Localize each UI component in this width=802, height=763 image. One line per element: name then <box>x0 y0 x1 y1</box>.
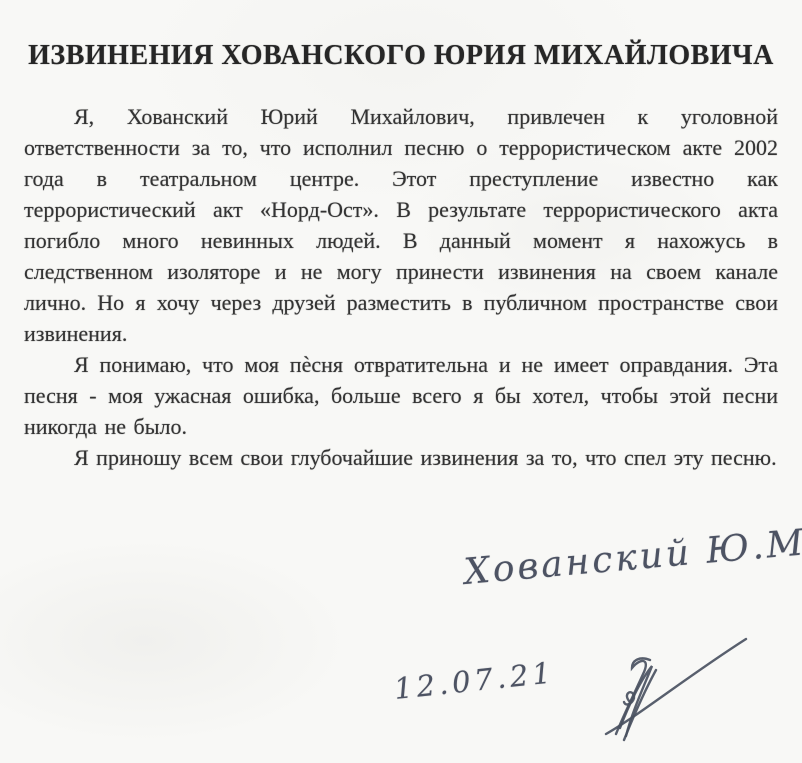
letter-body: Я, Хованский Юрий Михайлович, привлечен … <box>24 101 778 473</box>
scanned-apology-letter: ИЗВИНЕНИЯ ХОВАНСКОГО ЮРИЯ МИХАЙЛОВИЧА Я,… <box>0 0 802 763</box>
handwritten-signature-name: Хованский Ю.М. <box>462 521 802 593</box>
pen-signature-flourish-icon <box>586 630 754 742</box>
paragraph-2: Я понимаю, что моя пѐсня отвратительна и… <box>24 349 778 442</box>
handwritten-date: 12.07.21 <box>392 655 556 706</box>
paragraph-3: Я приношу всем свои глубочайшие извинени… <box>24 442 778 473</box>
document-title: ИЗВИНЕНИЯ ХОВАНСКОГО ЮРИЯ МИХАЙЛОВИЧА <box>0 0 802 74</box>
paragraph-1: Я, Хованский Юрий Михайлович, привлечен … <box>24 101 778 349</box>
